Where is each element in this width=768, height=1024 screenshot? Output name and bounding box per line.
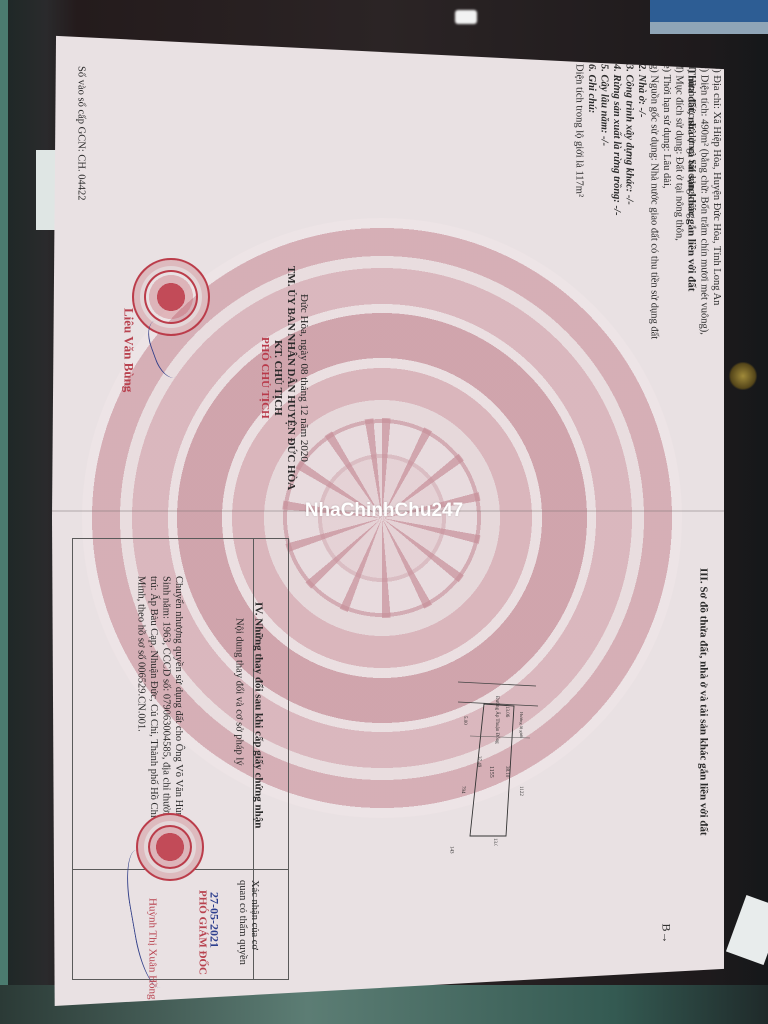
north-label: B (660, 923, 674, 931)
issuance-block: Đức Hòa, ngày 08 tháng 12 năm 2020 TM. Ủ… (258, 266, 310, 490)
road-width-label: Hướng lộ giới (519, 712, 524, 738)
back-label: 13.00 (492, 838, 497, 846)
background-paper-scrap (36, 150, 56, 230)
section-iv-title: IV. Những thay đổi sau khi cấp giấy chứn… (252, 602, 265, 828)
confirm-date: 27-05-2021 (208, 892, 221, 948)
section-ii-body: 1. Thửa đất: a) Thửa đất số: 1155 , tờ b… (572, 64, 724, 339)
usage-purpose-line: đ) Mục đích sử dụng: Đất ở tại nông thôn… (672, 64, 685, 339)
setback-label: 5.00 (462, 716, 467, 725)
usage-origin-line: g) Nguồn gốc sử dụng: Nhà nước giao đất … (647, 64, 660, 339)
issuer-name: Liêu Văn Bùng (122, 308, 135, 392)
protected-area-line: Diện tích trong lộ giới là 117m² (572, 64, 585, 339)
on-behalf-of: KT. CHỦ TỊCH (271, 266, 284, 490)
parcel-number-line: a) Thửa đất số: 1155 , tờ bản đồ số: 7 (722, 64, 724, 339)
change-content-header: Nội dung thay đổi và cơ sở pháp lý (232, 618, 245, 766)
change-content: Chuyển nhượng quyền sử dụng đất cho Ông … (134, 576, 184, 826)
road-label: Đường Ấp Thuận Đông (494, 696, 500, 744)
usage-form-line: d) Hình thức sử dụng: Sử dụng riêng, (685, 64, 698, 339)
address-line: b) Địa chỉ: Xã Hiệp Hòa, Huyện Đức Hòa, … (710, 64, 723, 339)
background-gold-ornament (728, 362, 758, 390)
perennial-trees-line: 5. Cây lâu năm: -/- (597, 64, 610, 339)
front-label: 13.06 (504, 706, 509, 718)
notes-line: 6. Ghi chú: (585, 64, 598, 339)
registry-number: Số vào sổ cấp GCN: CH. 04422 (74, 66, 87, 200)
background-light-reflection (455, 10, 477, 24)
watermark: NhaChinhChu247 (0, 500, 768, 522)
house-line: 2. Nhà ở: -/- (635, 64, 648, 339)
issuance-place-date: Đức Hòa, ngày 08 tháng 12 năm 2020 (297, 266, 310, 490)
confirm-header: Xác nhận của cơ quan có thẩm quyền (236, 880, 260, 970)
change-line: Minh, theo hồ sơ số 006529.CN.001. (134, 576, 147, 826)
side-right-label: 38.10 (504, 766, 509, 778)
change-line: trú: Ấp Bàu Cạp, Nhuận Đức, Củ Chi, Thàn… (147, 576, 160, 826)
section-iii-title: III. Sơ đồ thửa đất, nhà ở và tài sản kh… (697, 568, 710, 836)
neighbor-left-label: 794 (460, 786, 465, 794)
parcel-label: 1155 (488, 766, 494, 778)
parcel-number: 1155 (724, 143, 725, 164)
parcel-number-label: a) Thửa đất số: (724, 64, 725, 127)
usage-term-line: e) Thời hạn sử dụng: Lâu dài, (660, 64, 673, 339)
background-blue-object-edge (650, 22, 768, 34)
issuer-role: PHÓ CHỦ TỊCH (258, 266, 271, 490)
side-left-label: 37.49 (476, 756, 481, 768)
change-line: Chuyển nhượng quyền sử dụng đất cho Ông … (172, 576, 185, 826)
neighbor-right-label: 1122 (518, 786, 523, 796)
change-line: Sinh năm: 1963, CCCD số: 079063004585, đ… (159, 576, 172, 826)
map-sheet-label: , tờ bản đồ số: (724, 187, 725, 247)
map-sheet-number: 7 (724, 262, 725, 267)
production-forest-line: 4. Rừng sản xuất là rừng trồng: -/- (610, 64, 623, 339)
confirm-role: PHÓ GIÁM ĐỐC (196, 890, 209, 975)
background-paper-corner (726, 895, 768, 965)
parcel-diagram: Đường Ấp Thuận Đông 1155 37.49 38.10 794… (450, 676, 540, 846)
north-arrow-icon: B→ (659, 923, 674, 943)
neighbor-bottom-label: 143 (444, 846, 457, 854)
other-construction-line: 3. Công trình xây dựng khác: -/- (622, 64, 635, 339)
confirm-signer: Huỳnh Thị Xuân Hồng (146, 898, 159, 1000)
issuing-authority: TM. ỦY BAN NHÂN DÂN HUYỆN ĐỨC HÒA (284, 266, 297, 490)
area-line: c) Diện tích: 490m² (bằng chữ: Bốn trăm … (697, 64, 710, 339)
